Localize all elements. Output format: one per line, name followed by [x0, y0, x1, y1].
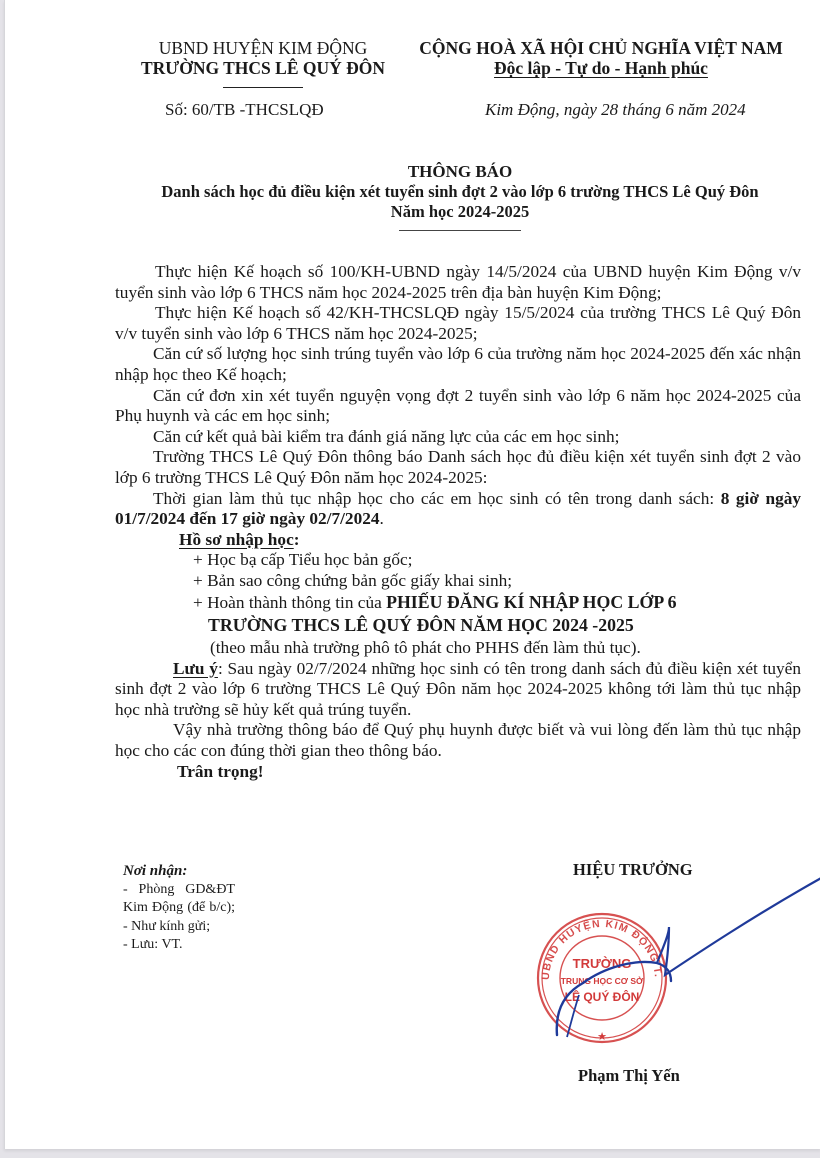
paragraph-basis-quota: Căn cứ số lượng học sinh trúng tuyển vào… [115, 344, 801, 385]
nation-name: CỘNG HOÀ XÃ HỘI CHỦ NGHĨA VIỆT NAM [405, 38, 797, 58]
authority-name: UBND HUYỆN KIM ĐỘNG [113, 38, 413, 58]
form-item-name: PHIẾU ĐĂNG KÍ NHẬP HỌC LỚP 6 [386, 592, 676, 612]
recipient-item: - Lưu: VT. [123, 936, 235, 955]
header-divider [223, 87, 303, 88]
form-note: (theo mẫu nhà trường phô tô phát cho PHH… [115, 638, 801, 659]
recipients-block: Nơi nhận: - Phòng GD&ĐT Kim Động (để b/c… [123, 862, 235, 955]
document-heading: THÔNG BÁO [105, 162, 815, 182]
documents-heading-text: Hồ sơ nhập học [179, 530, 294, 549]
handwritten-signature-icon [535, 875, 820, 1050]
national-motto: Độc lập - Tự do - Hạnh phúc [494, 58, 708, 78]
issuing-authority-block: UBND HUYỆN KIM ĐỘNG TRƯỜNG THCS LÊ QUÝ Đ… [113, 38, 413, 88]
recipient-item: - Như kính gửi; [123, 918, 235, 937]
documents-item-form: + Hoàn thành thông tin của PHIẾU ĐĂNG KÍ… [115, 592, 801, 614]
paragraph-note: Lưu ý: Sau ngày 02/7/2024 những học sinh… [115, 659, 801, 721]
document-page: UBND HUYỆN KIM ĐỘNG TRƯỜNG THCS LÊ QUÝ Đ… [4, 0, 820, 1149]
schedule-text: Thời gian làm thủ tục nhập học cho các e… [153, 489, 721, 508]
paragraph-plan-school: Thực hiện Kế hoạch số 42/KH-THCSLQĐ ngày… [115, 303, 801, 344]
national-header-block: CỘNG HOÀ XÃ HỘI CHỦ NGHĨA VIỆT NAM Độc l… [405, 38, 797, 78]
paragraph-announcement: Trường THCS Lê Quý Đôn thông báo Danh sá… [115, 447, 801, 488]
school-name: TRƯỜNG THCS LÊ QUÝ ĐÔN [113, 58, 413, 78]
document-number: Số: 60/TB -THCSLQĐ [165, 100, 324, 120]
note-label: Lưu ý [173, 659, 218, 678]
note-text: : Sau ngày 02/7/2024 những học sinh có t… [115, 659, 801, 719]
schedule-suffix: . [380, 509, 384, 528]
recipients-label: Nơi nhận: [123, 862, 235, 881]
paragraph-conclusion: Vậy nhà trường thông báo để Quý phụ huyn… [115, 720, 801, 761]
form-item-prefix: + Hoàn thành thông tin của [193, 593, 386, 612]
school-year: Năm học 2024-2025 [105, 202, 815, 222]
documents-heading-colon: : [294, 530, 300, 549]
documents-heading: Hồ sơ nhập học: [115, 530, 801, 551]
title-divider [399, 230, 521, 231]
paragraph-basis-assessment: Căn cứ kết quả bài kiểm tra đánh giá năn… [115, 427, 801, 448]
form-item-name-line2: TRƯỜNG THCS LÊ QUÝ ĐÔN NĂM HỌC 2024 -202… [115, 613, 801, 638]
paragraph-plan-district: Thực hiện Kế hoạch số 100/KH-UBND ngày 1… [115, 262, 801, 303]
document-subtitle: Danh sách học đủ điều kiện xét tuyển sin… [105, 182, 815, 202]
recipient-item: - Phòng GD&ĐT Kim Động (để b/c); [123, 881, 235, 918]
document-body: Thực hiện Kế hoạch số 100/KH-UBND ngày 1… [115, 262, 801, 782]
closing-greeting: Trân trọng! [115, 762, 801, 783]
documents-item: + Học bạ cấp Tiểu học bản gốc; [115, 550, 801, 571]
documents-item: + Bản sao công chứng bản gốc giấy khai s… [115, 571, 801, 592]
paragraph-schedule: Thời gian làm thủ tục nhập học cho các e… [115, 489, 801, 530]
signer-name: Phạm Thị Yến [578, 1066, 680, 1086]
paragraph-basis-application: Căn cứ đơn xin xét tuyển nguyện vọng đợt… [115, 386, 801, 427]
place-date: Kim Động, ngày 28 tháng 6 năm 2024 [485, 100, 746, 120]
title-block: THÔNG BÁO Danh sách học đủ điều kiện xét… [105, 162, 815, 231]
